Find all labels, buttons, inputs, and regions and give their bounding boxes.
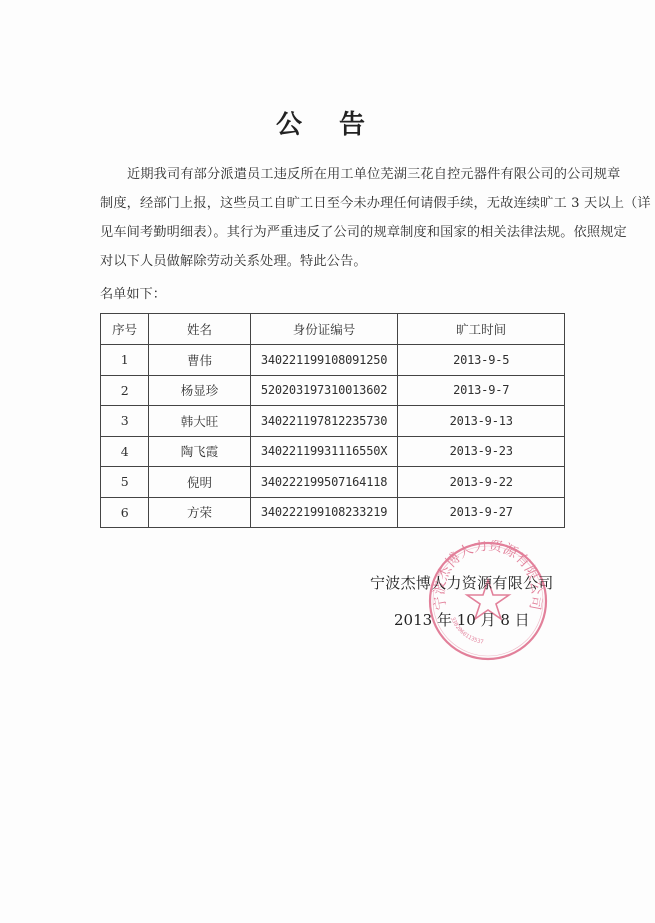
signature-company: 宁波杰博人力资源有限公司 [370, 572, 554, 593]
header-no: 序号 [101, 314, 149, 345]
cell-absence-date: 2013-9-23 [398, 436, 565, 467]
cell-absence-date: 2013-9-22 [398, 467, 565, 498]
header-id-number: 身份证编号 [250, 314, 398, 345]
cell-name: 韩大旺 [149, 406, 250, 437]
notice-title: 公 告 [0, 104, 655, 141]
table-row: 6 方荣 340222199108233219 2013-9-27 [101, 497, 565, 528]
table-row: 3 韩大旺 340221197812235730 2013-9-13 [101, 406, 565, 437]
cell-name: 方荣 [149, 497, 250, 528]
cell-no: 3 [101, 406, 149, 437]
cell-name: 倪明 [149, 467, 250, 498]
cell-name: 曹伟 [149, 345, 250, 376]
header-name: 姓名 [149, 314, 250, 345]
cell-id-number: 340222199507164118 [250, 467, 398, 498]
table-row: 4 陶飞霞 34022119931116550X 2013-9-23 [101, 436, 565, 467]
cell-name: 杨显珍 [149, 375, 250, 406]
list-label: 名单如下： [100, 283, 166, 302]
body-line-3: 见车间考勤明细表）。其行为严重违反了公司的规章制度和国家的相关法律法规。依照规定 [100, 218, 570, 247]
table-row: 5 倪明 340222199507164118 2013-9-22 [101, 467, 565, 498]
table-header-row: 序号 姓名 身份证编号 旷工时间 [101, 314, 565, 345]
document-page: 公 告 近期我司有部分派遣员工违反所在用工单位芜湖三花自控元器件有限公司的公司规… [0, 0, 655, 923]
company-seal-icon: 宁波杰博人力资源有限公司 3302060113537 [427, 540, 549, 662]
cell-no: 4 [101, 436, 149, 467]
body-line-2: 制度，经部门上报，这些员工自旷工日至今未办理任何请假手续，无故连续旷工 3 天以… [100, 189, 570, 218]
signature-date: 2013 年 10 月 8 日 [394, 609, 530, 630]
cell-id-number: 340221199108091250 [250, 345, 398, 376]
cell-id-number: 520203197310013602 [250, 375, 398, 406]
body-line-1: 近期我司有部分派遣员工违反所在用工单位芜湖三花自控元器件有限公司的公司规章 [100, 160, 570, 189]
cell-absence-date: 2013-9-5 [398, 345, 565, 376]
table-row: 2 杨显珍 520203197310013602 2013-9-7 [101, 375, 565, 406]
cell-id-number: 34022119931116550X [250, 436, 398, 467]
cell-no: 5 [101, 467, 149, 498]
body-line-4: 对以下人员做解除劳动关系处理。特此公告。 [100, 247, 570, 276]
cell-absence-date: 2013-9-27 [398, 497, 565, 528]
cell-absence-date: 2013-9-7 [398, 375, 565, 406]
cell-id-number: 340222199108233219 [250, 497, 398, 528]
cell-name: 陶飞霞 [149, 436, 250, 467]
cell-no: 6 [101, 497, 149, 528]
table-row: 1 曹伟 340221199108091250 2013-9-5 [101, 345, 565, 376]
dismissal-table: 序号 姓名 身份证编号 旷工时间 1 曹伟 340221199108091250… [100, 313, 565, 528]
cell-no: 2 [101, 375, 149, 406]
cell-no: 1 [101, 345, 149, 376]
notice-body: 近期我司有部分派遣员工违反所在用工单位芜湖三花自控元器件有限公司的公司规章 制度… [100, 160, 570, 276]
cell-absence-date: 2013-9-13 [398, 406, 565, 437]
header-absence-date: 旷工时间 [398, 314, 565, 345]
cell-id-number: 340221197812235730 [250, 406, 398, 437]
